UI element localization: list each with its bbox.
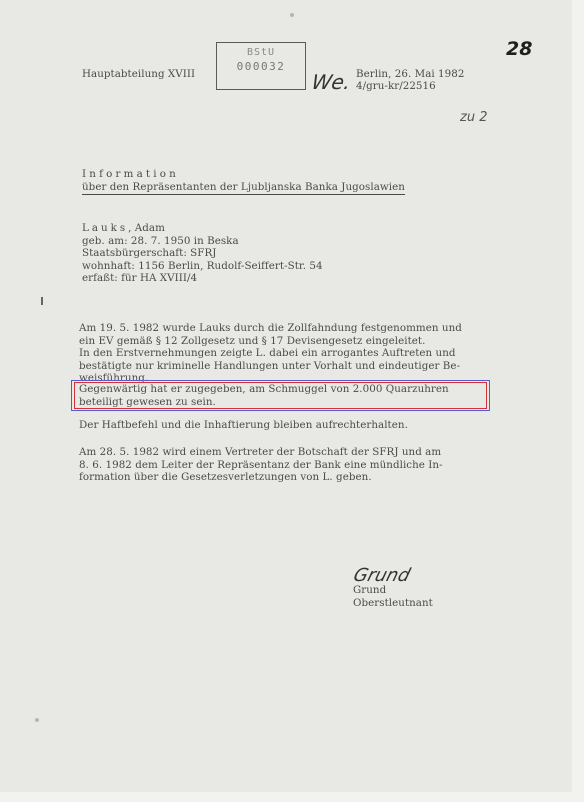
handwritten-signature: Grund <box>351 565 412 586</box>
reference-number: 4/gru-kr/22516 <box>356 80 436 93</box>
archive-stamp: BStU 000032 <box>216 42 306 90</box>
signatory-rank: Oberstleutnant <box>353 597 433 610</box>
paragraph-notification: Am 28. 5. 1982 wird einem Vertreter der … <box>79 446 443 484</box>
text-line: 8. 6. 1982 dem Leiter der Repräsentanz d… <box>79 459 443 472</box>
department: Hauptabteilung XVIII <box>82 68 195 81</box>
person-registered: erfaßt: für HA XVIII/4 <box>82 272 323 285</box>
place-date: Berlin, 26. Mai 1982 <box>356 68 464 81</box>
text-line: beteiligt gewesen zu sein. <box>79 396 449 409</box>
person-name: Lauks, Adam <box>82 222 323 235</box>
paragraph-detention: Der Haftbefehl und die Inhaftierung blei… <box>79 419 408 432</box>
text-line: Am 28. 5. 1982 wird einem Vertreter der … <box>79 446 443 459</box>
document-subject: über den Repräsentanten der Ljubljanska … <box>82 181 405 195</box>
stamp-archive: BStU <box>217 47 305 58</box>
text-line: Am 19. 5. 1982 wurde Lauks durch die Zol… <box>79 322 462 335</box>
person-citizenship: Staatsbürgerschaft: SFRJ <box>82 247 323 260</box>
handwritten-initials: We. <box>310 70 353 94</box>
text-line: In den Erstvernehmungen zeigte L. dabei … <box>79 347 462 360</box>
signatory-name: Grund <box>353 584 386 597</box>
person-birth: geb. am: 28. 7. 1950 in Beska <box>82 235 323 248</box>
text-line: Gegenwärtig hat er zugegeben, am Schmugg… <box>79 383 449 396</box>
person-given-name: Adam <box>135 222 165 234</box>
paragraph-arrest: Am 19. 5. 1982 wurde Lauks durch die Zol… <box>79 322 462 385</box>
text-line: bestätigte nur kriminelle Handlungen unt… <box>79 360 462 373</box>
person-surname: Lauks <box>82 222 128 234</box>
scan-speck <box>290 13 294 17</box>
document-heading: Information <box>82 168 179 181</box>
scan-edge-bottom <box>0 792 584 802</box>
handwritten-note: zu 2 <box>460 110 487 125</box>
handwritten-page-number: 28 <box>506 38 532 60</box>
person-residence: wohnhaft: 1156 Berlin, Rudolf-Seiffert-S… <box>82 260 323 273</box>
text-line: ein EV gemäß § 12 Zollgesetz und § 17 De… <box>79 335 462 348</box>
person-block: Lauks, Adam geb. am: 28. 7. 1950 in Besk… <box>82 222 323 285</box>
scan-speck <box>35 718 39 722</box>
scan-edge-right <box>572 0 584 802</box>
text-line: formation über die Gesetzesverletzungen … <box>79 471 443 484</box>
margin-mark <box>41 297 43 305</box>
stamp-number: 000032 <box>217 60 305 73</box>
paragraph-confession: Gegenwärtig hat er zugegeben, am Schmugg… <box>79 383 449 408</box>
